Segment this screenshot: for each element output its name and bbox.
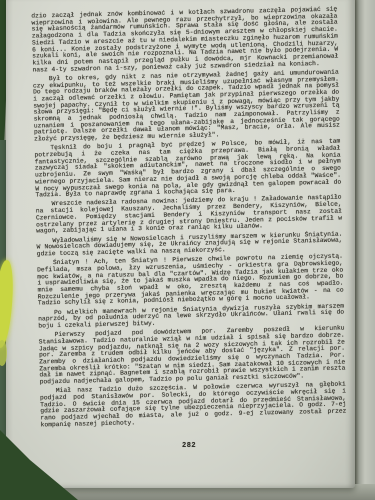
paragraph: Miał nasz Tadzio dużo szczęścia. W połow… xyxy=(40,382,347,429)
page-number: 282 xyxy=(182,442,196,450)
adjacent-pages-edge xyxy=(355,0,375,500)
paragraph: Był to okres, gdy nikt z nas nie otrzymy… xyxy=(33,69,340,143)
book-page: dzio zaczął jednak znów kombinować i w k… xyxy=(6,0,355,488)
paragraph: Wreszcie nadeszła radosna nowina: jedzie… xyxy=(36,195,343,235)
paragraph: Pierwszy podjazd pod dowództwem por. Zar… xyxy=(39,326,346,387)
paragraph: dzio zaczął jednak znów kombinować i w k… xyxy=(31,7,338,74)
paragraph: Śniatyn ! Ach, ten Śniatyn ! Pierwsze ch… xyxy=(37,254,344,308)
photo-of-book-page: dzio zaczął jednak znów kombinować i w k… xyxy=(0,0,375,500)
page-text: dzio zaczął jednak znów kombinować i w k… xyxy=(31,7,346,432)
paragraph: Tęsknił do boju i pragnął być prędzej w … xyxy=(34,139,341,200)
